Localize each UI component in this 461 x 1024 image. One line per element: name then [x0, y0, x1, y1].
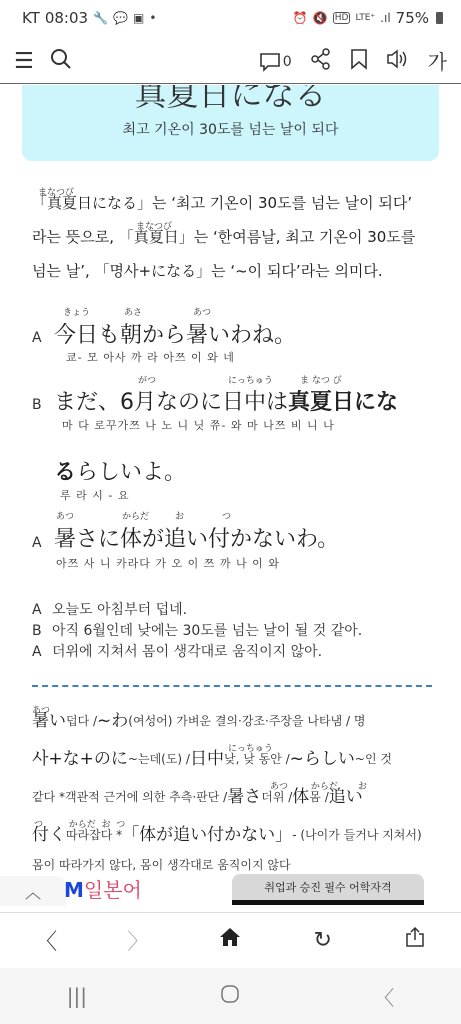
divider — [32, 685, 432, 687]
furigana: お — [175, 509, 184, 522]
lte-icon: LTE⁺ — [355, 13, 375, 23]
speaker-label: B — [32, 397, 42, 413]
speaker-icon[interactable] — [386, 48, 410, 75]
ruby: まなつび — [38, 181, 74, 205]
translation-line: A더위에 지쳐서 몸이 생각대로 움직이지 않아. — [32, 642, 362, 663]
explanation-line: 「真夏日になる」는 ‘최고 기온이 30도를 넘는 날이 되다’ — [32, 191, 412, 215]
browser-nav-bar: 〈 〉 ↻ — [0, 912, 461, 967]
ruby: にっちゅう — [228, 737, 273, 761]
hd-icon: HD — [333, 12, 351, 24]
menu-icon[interactable]: ☰ — [14, 51, 34, 73]
explanation-line: 넘는 날’, 「명사+になる」는 ‘~이 되다’라는 의미다. — [32, 259, 383, 283]
bookmark-icon[interactable] — [350, 48, 368, 75]
ruby: つ からだ お つ — [34, 813, 125, 837]
dialog-reading: 루 라 시 - 요 — [60, 487, 129, 503]
furigana: あつ — [193, 305, 211, 318]
chevron-up-icon: ︿ — [25, 880, 41, 903]
furigana: あさ — [124, 305, 142, 318]
dialog-japanese-plain: まだ、6月なのに日中は — [54, 390, 288, 415]
explanation-line: 라는 뜻으로, 「真夏日」는 ‘한여름날, 최고 기온이 30도를 — [32, 225, 415, 249]
article-toolbar: ☰ 0 가 — [0, 40, 461, 84]
battery-level: 75% — [396, 9, 429, 27]
dialog-japanese: るらしいよ。 — [54, 455, 186, 486]
translation-line: A오늘도 아침부터 덥네. — [32, 600, 362, 621]
talk-icon: 💬 — [113, 11, 128, 25]
signal-icon: .ıl — [380, 11, 390, 25]
ad-banner[interactable]: 취업과 승진 필수 어학자격 — [232, 874, 424, 905]
comment-icon — [259, 52, 281, 72]
dialog-japanese-bold: る — [54, 460, 76, 485]
vocab-block: あつ 暑い 덥다 / ~わ (여성어) 가벼운 결의·강조·주장을 나타냄 / … — [32, 695, 437, 875]
alarm-icon: ⏰ — [293, 11, 308, 25]
ruby: あつ からだ お — [270, 775, 367, 799]
clock: 08:03 — [45, 9, 88, 27]
furigana: あつ — [56, 509, 74, 522]
share-page-button[interactable] — [390, 926, 440, 954]
dialog-japanese: 暑さに体が追い付かないわ。 — [54, 522, 339, 553]
ruby: あつ — [32, 699, 50, 723]
dialog-japanese-bold: 真夏日にな — [288, 390, 398, 415]
font-size-button[interactable]: 가 — [428, 52, 447, 72]
home-system-button[interactable] — [200, 984, 260, 1009]
furigana: からだ — [122, 509, 149, 522]
title-card: 真夏日になる 최고 기온이 30도를 넘는 날이 되다 — [22, 85, 439, 161]
home-button[interactable] — [205, 927, 255, 953]
ruby: まなつび — [136, 215, 172, 239]
dialog-reading: 마 다 로꾸가쯔 나 노 니 닛 쮸- 와 마 나쯔 비 니 나 — [62, 417, 335, 433]
carrier: KT — [22, 9, 40, 27]
dialog-japanese: 今日も朝から暑いわね。 — [54, 318, 296, 349]
explanation-paragraph: まなつび 「真夏日になる」는 ‘최고 기온이 30도를 넘는 날이 되다’ まな… — [32, 181, 437, 283]
title-japanese: 真夏日になる — [22, 85, 439, 111]
status-bar: KT 08:03 🔧 💬 ▣ • ⏰ 🔇 HD LTE⁺ .ıl 75% — [0, 0, 461, 36]
dialog-japanese-plain: らしいよ。 — [76, 460, 186, 485]
battery-icon — [436, 12, 443, 24]
furigana: きょう — [63, 305, 90, 318]
share-icon[interactable] — [310, 48, 332, 75]
dialog-japanese: まだ、6月なのに日中は真夏日にな — [54, 385, 398, 416]
translation-line: B아직 6월인데 낮에는 30도를 넘는 날이 될 것 같아. — [32, 621, 362, 642]
dialog-reading: 쿄- 모 아사 까 라 아쯔 이 와 네 — [66, 349, 235, 365]
recents-button[interactable]: ||| — [47, 984, 107, 1008]
speaker-label: A — [32, 535, 42, 551]
article-content: 真夏日になる 최고 기온이 30도를 넘는 날이 되다 まなつび 「真夏日になる… — [0, 85, 461, 875]
dot-icon: • — [149, 11, 156, 25]
translation-block: A오늘도 아침부터 덥네. B아직 6월인데 낮에는 30도를 넘는 날이 될 … — [32, 600, 362, 663]
back-button[interactable]: 〈 — [21, 925, 71, 956]
mute-icon: 🔇 — [313, 11, 328, 25]
back-system-button[interactable]: 〈 — [354, 982, 414, 1011]
speaker-label: A — [32, 330, 42, 346]
dialog-reading: 아쯔 사 니 카라다 가 오 이 쯔 까 나 이 와 — [56, 555, 280, 571]
system-nav-bar: ||| 〈 — [0, 968, 461, 1024]
search-icon[interactable] — [50, 48, 72, 75]
comment-count: 0 — [283, 54, 292, 70]
wrench-icon: 🔧 — [93, 11, 108, 25]
ad-logo[interactable]: M일본어 — [64, 874, 142, 903]
ad-bar: ︿ M일본어 취업과 승진 필수 어학자격 — [0, 872, 461, 910]
comment-button[interactable]: 0 — [259, 52, 292, 72]
share-out-icon — [404, 926, 426, 948]
scroll-top-button[interactable]: ︿ — [0, 876, 66, 906]
forward-button[interactable]: 〉 — [113, 925, 163, 956]
title-korean: 최고 기온이 30도를 넘는 날이 되다 — [22, 119, 439, 139]
reload-button[interactable]: ↻ — [298, 928, 348, 953]
home-icon — [219, 927, 241, 947]
furigana: つ — [222, 509, 231, 522]
image-icon: ▣ — [133, 11, 144, 25]
